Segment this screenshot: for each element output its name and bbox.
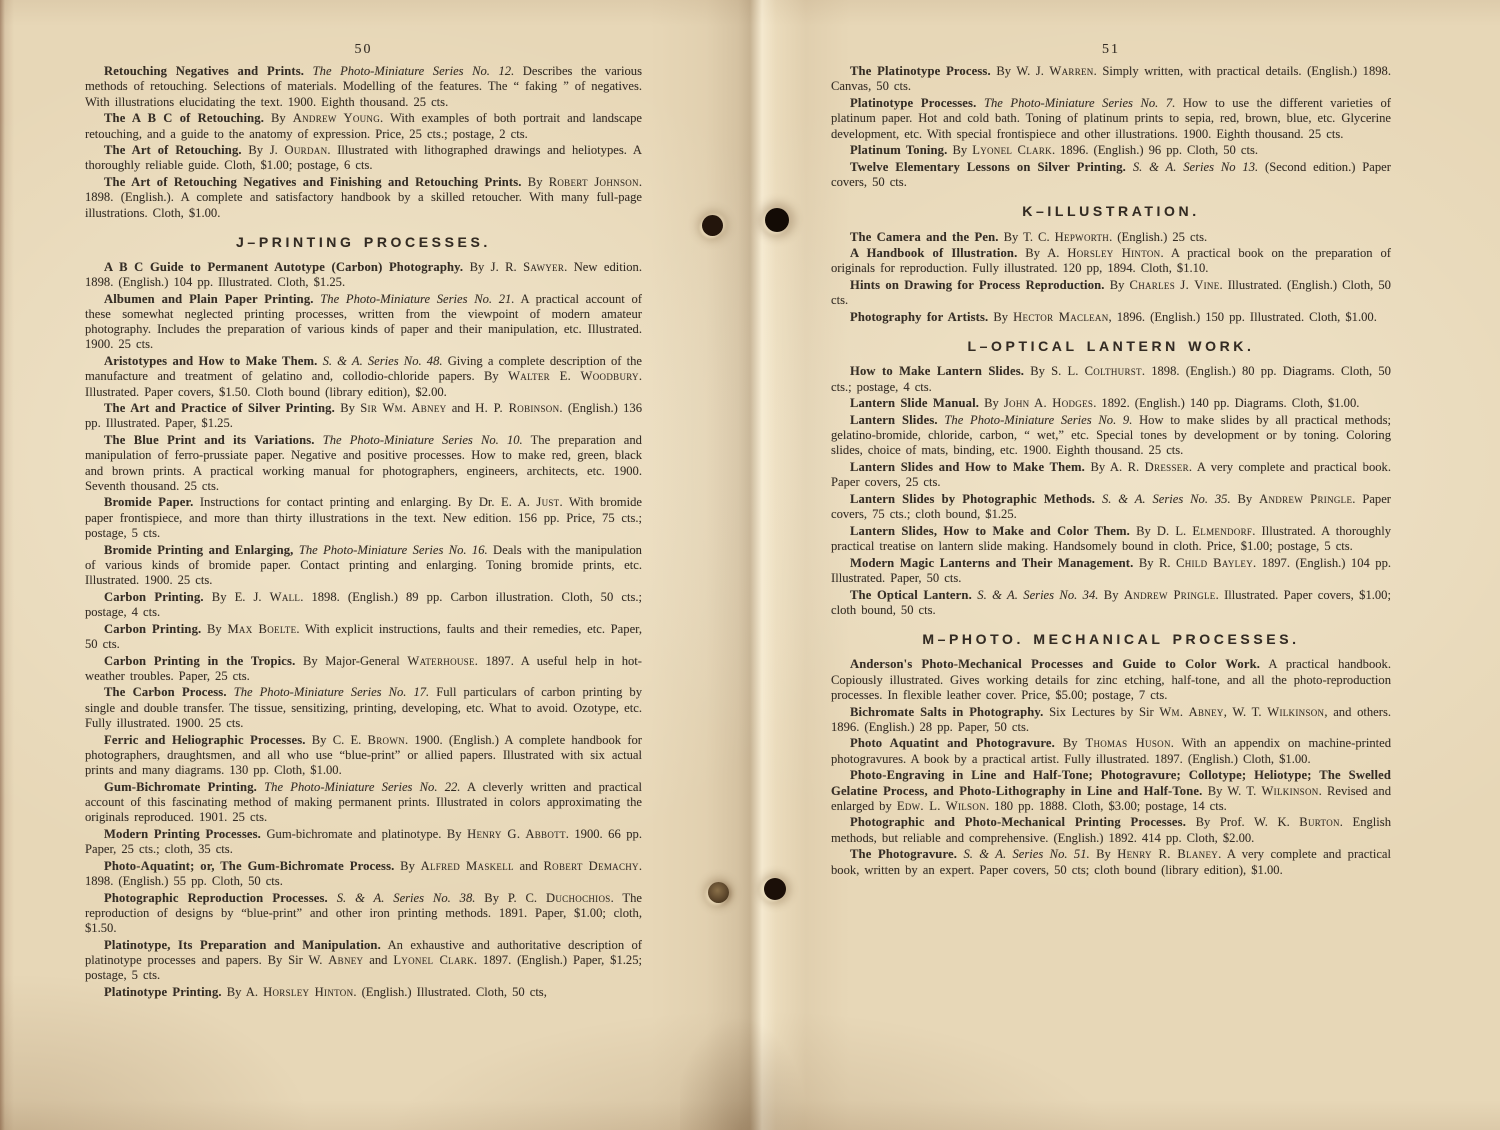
catalog-entry: Lantern Slides and How to Make Them. By …: [831, 460, 1391, 490]
entry-text: By Prof. W. K.: [1186, 815, 1299, 829]
catalog-entry: The A B C of Retouching. By Andrew Young…: [85, 111, 642, 141]
page-number: 50: [85, 42, 642, 57]
series-name: S. & A. Series No. 48.: [323, 354, 443, 368]
entry-title: Lantern Slide Manual.: [850, 396, 979, 410]
author-name: Abney: [328, 953, 363, 967]
entry-text: By A.: [1017, 246, 1067, 260]
catalog-entry: Retouching Negatives and Prints. The Pho…: [85, 64, 642, 110]
catalog-entry: The Art and Practice of Silver Printing.…: [85, 401, 642, 431]
entry-title: Twelve Elementary Lessons on Silver Prin…: [850, 160, 1126, 174]
entry-text: . (English.) Illustrated. Cloth, 50 cts,: [353, 985, 547, 999]
entry-title: The Art of Retouching Negatives and Fini…: [104, 175, 522, 189]
catalog-entry: The Art of Retouching. By J. Ourdan. Ill…: [85, 143, 642, 173]
entry-text: By: [979, 396, 1004, 410]
entry-text: By Major-General: [295, 654, 407, 668]
entry-text: [315, 433, 323, 447]
author-name: Robert Johnson: [549, 175, 639, 189]
catalog-entry: The Carbon Process. The Photo-Miniature …: [85, 685, 642, 731]
author-name: Just: [536, 495, 559, 509]
catalog-entry: Carbon Printing in the Tropics. By Major…: [85, 654, 642, 684]
author-name: Andrew Pringle: [1124, 588, 1216, 602]
author-name: Wilkinson: [1267, 705, 1324, 719]
catalog-entry: Bichromate Salts in Photography. Six Lec…: [831, 705, 1391, 735]
entry-text: . 180 pp. 1888. Cloth, $3.00; postage, 1…: [986, 799, 1227, 813]
entry-title: Photo Aquatint and Photogravure.: [850, 736, 1055, 750]
entry-text: By: [1055, 736, 1086, 750]
entry-text: and: [446, 401, 475, 415]
entry-text: By A. R.: [1085, 460, 1145, 474]
catalog-entry: Anderson's Photo-Mechanical Processes an…: [831, 657, 1391, 703]
author-name: Child Bayley: [1176, 556, 1253, 570]
entry-text: . 1896. (English.) 96 pp. Cloth, 50 cts.: [1052, 143, 1258, 157]
catalog-entry: The Photogravure. S. & A. Series No. 51.…: [831, 847, 1391, 877]
entry-title: Bromide Paper.: [104, 495, 193, 509]
author-name: Hepworth: [1055, 230, 1109, 244]
entry-text: By W. J.: [991, 64, 1050, 78]
entry-title: A B C Guide to Permanent Autotype (Carbo…: [104, 260, 463, 274]
entry-title: Platinotype Processes.: [850, 96, 976, 110]
series-name: The Photo-Miniature Series No. 21.: [320, 292, 514, 306]
catalog-entry: Albumen and Plain Paper Printing. The Ph…: [85, 292, 642, 353]
entry-title: Bichromate Salts in Photography.: [850, 705, 1043, 719]
entry-text: By J.: [242, 143, 285, 157]
catalog-entry: Platinum Toning. By Lyonel Clark. 1896. …: [831, 143, 1391, 158]
author-name: Sir Wm. Abney: [360, 401, 446, 415]
catalog-entry: Carbon Printing. By Max Boelte. With exp…: [85, 622, 642, 652]
catalog-entry: Bromide Paper. Instructions for contact …: [85, 495, 642, 541]
section-heading: M–PHOTO. MECHANICAL PROCESSES.: [831, 632, 1391, 647]
entry-title: Photography for Artists.: [850, 310, 988, 324]
punch-hole: [708, 882, 729, 903]
catalog-entry: A B C Guide to Permanent Autotype (Carbo…: [85, 260, 642, 290]
catalog-entry: Carbon Printing. By E. J. Wall. 1898. (E…: [85, 590, 642, 620]
entry-text: and: [363, 953, 393, 967]
entry-title: The Optical Lantern.: [850, 588, 972, 602]
entry-text: [227, 685, 234, 699]
series-name: S. & A. Series No 13.: [1133, 160, 1258, 174]
entry-title: Photographic and Photo-Mechanical Printi…: [850, 815, 1186, 829]
entry-text: Instructions for contact printing and en…: [193, 495, 536, 509]
author-name: Elmendorf: [1192, 524, 1252, 538]
series-name: The Photo-Miniature Series No. 12.: [313, 64, 515, 78]
author-name: Brown: [368, 733, 405, 747]
author-name: Thomas Huson: [1085, 736, 1170, 750]
entry-title: How to Make Lantern Slides.: [850, 364, 1024, 378]
catalog-entry: Aristotypes and How to Make Them. S. & A…: [85, 354, 642, 400]
catalog-entry: Modern Magic Lanterns and Their Manageme…: [831, 556, 1391, 586]
author-name: John A. Hodges: [1004, 396, 1093, 410]
entry-title: Photographic Reproduction Processes.: [104, 891, 328, 905]
entry-title: Platinum Toning.: [850, 143, 947, 157]
entry-text: By: [1105, 278, 1130, 292]
section-heading: K–ILLUSTRATION.: [831, 204, 1391, 219]
catalog-entry: Photo Aquatint and Photogravure. By Thom…: [831, 736, 1391, 766]
author-name: Edw. L. Wilson: [897, 799, 986, 813]
series-name: The Photo-Miniature Series No. 10.: [323, 433, 523, 447]
entry-text: By A.: [222, 985, 263, 999]
author-name: Colthurst: [1085, 364, 1142, 378]
entry-text: [1126, 160, 1133, 174]
page-51: 51 The Platinotype Process. By W. J. War…: [831, 42, 1391, 879]
page-50: 50 Retouching Negatives and Prints. The …: [85, 42, 642, 1001]
entry-text: [1095, 492, 1102, 506]
entry-text: By R.: [1133, 556, 1176, 570]
entry-title: The Carbon Process.: [104, 685, 227, 699]
catalog-entry: Photo-Aquatint; or, The Gum-Bichromate P…: [85, 859, 642, 889]
entry-text: By: [335, 401, 360, 415]
book-gutter-fold: [650, 0, 850, 1130]
author-name: Andrew Young: [293, 111, 380, 125]
page-number: 51: [831, 42, 1391, 57]
entry-text: By C. E.: [306, 733, 368, 747]
entry-text: By D. L.: [1130, 524, 1192, 538]
section-heading: J–PRINTING PROCESSES.: [85, 235, 642, 250]
entry-text: [976, 96, 984, 110]
author-name: Waterhouse: [407, 654, 474, 668]
catalog-entry: Lantern Slide Manual. By John A. Hodges.…: [831, 396, 1391, 411]
entry-text: By: [201, 622, 227, 636]
punch-hole: [764, 878, 786, 900]
entry-text: By E. J.: [204, 590, 270, 604]
series-name: S. & A. Series No. 35.: [1102, 492, 1231, 506]
entry-text: By: [1090, 847, 1118, 861]
entry-title: Platinotype Printing.: [104, 985, 222, 999]
entry-text: By: [522, 175, 549, 189]
entry-title: Modern Printing Processes.: [104, 827, 261, 841]
entry-text: By: [988, 310, 1013, 324]
entry-text: By P. C.: [475, 891, 546, 905]
entry-title: Anderson's Photo-Mechanical Processes an…: [850, 657, 1260, 671]
entry-title: Lantern Slides and How to Make Them.: [850, 460, 1085, 474]
entry-title: The Art of Retouching.: [104, 143, 242, 157]
entry-title: Platinotype, Its Preparation and Manipul…: [104, 938, 381, 952]
author-name: Wilkinson: [1261, 784, 1318, 798]
catalog-entry: The Art of Retouching Negatives and Fini…: [85, 175, 642, 221]
punch-hole: [702, 215, 723, 236]
author-name: Warren: [1049, 64, 1093, 78]
author-name: Andrew Pringle: [1259, 492, 1352, 506]
author-name: Ourdan: [284, 143, 327, 157]
author-name: Wm. Abney: [1159, 705, 1223, 719]
author-name: Lyonel Clark: [393, 953, 474, 967]
catalog-entry: Bromide Printing and Enlarging, The Phot…: [85, 543, 642, 589]
catalog-entry: Platinotype Processes. The Photo-Miniatu…: [831, 96, 1391, 142]
author-name: Dresser: [1145, 460, 1189, 474]
catalog-entry: Lantern Slides. The Photo-Miniature Seri…: [831, 413, 1391, 459]
catalog-entry: Hints on Drawing for Process Reproductio…: [831, 278, 1391, 308]
entry-text: , W. T.: [1224, 705, 1268, 719]
entry-text: , 1896. (English.) 150 pp. Illustrated. …: [1109, 310, 1377, 324]
entry-title: Aristotypes and How to Make Them.: [104, 354, 317, 368]
entry-title: Photo-Aquatint; or, The Gum-Bichromate P…: [104, 859, 394, 873]
catalog-entry: How to Make Lantern Slides. By S. L. Col…: [831, 364, 1391, 394]
entry-text: Gum-bichromate and platinotype. By: [261, 827, 467, 841]
author-name: Burton: [1299, 815, 1340, 829]
entry-text: [328, 891, 337, 905]
entry-text: By: [1231, 492, 1259, 506]
author-name: Max Boelte: [227, 622, 296, 636]
entry-text: By: [947, 143, 972, 157]
entry-title: The Camera and the Pen.: [850, 230, 999, 244]
entry-text: and: [514, 859, 544, 873]
entry-text: . 1892. (English.) 140 pp. Diagrams. Clo…: [1093, 396, 1359, 410]
author-name: Sawyer: [523, 260, 564, 274]
catalog-entry: Twelve Elementary Lessons on Silver Prin…: [831, 160, 1391, 190]
entry-title: Hints on Drawing for Process Reproductio…: [850, 278, 1105, 292]
page-50-content: Retouching Negatives and Prints. The Pho…: [85, 64, 642, 1000]
catalog-entry: Platinotype, Its Preparation and Manipul…: [85, 938, 642, 984]
author-name: H. P. Robinson: [475, 401, 559, 415]
catalog-entry: Lantern Slides, How to Make and Color Th…: [831, 524, 1391, 554]
catalog-entry: The Platinotype Process. By W. J. Warren…: [831, 64, 1391, 94]
series-name: S. & A. Series No. 34.: [977, 588, 1098, 602]
entry-title: The Platinotype Process.: [850, 64, 991, 78]
entry-text: By T. C.: [999, 230, 1055, 244]
catalog-entry: A Handbook of Illustration. By A. Horsle…: [831, 246, 1391, 276]
entry-title: Retouching Negatives and Prints.: [104, 64, 304, 78]
author-name: Duchochios: [546, 891, 611, 905]
author-name: Charles J. Vine: [1130, 278, 1220, 292]
punch-hole: [765, 208, 789, 232]
catalog-entry: Lantern Slides by Photographic Methods. …: [831, 492, 1391, 522]
catalog-entry: Photographic Reproduction Processes. S. …: [85, 891, 642, 937]
entry-title: Lantern Slides.: [850, 413, 938, 427]
author-name: Hector Maclean: [1013, 310, 1108, 324]
entry-text: [304, 64, 313, 78]
entry-title: Bromide Printing and Enlarging,: [104, 543, 293, 557]
series-name: S. & A. Series No. 51.: [963, 847, 1089, 861]
series-name: The Photo-Miniature Series No. 16.: [299, 543, 488, 557]
entry-title: Carbon Printing.: [104, 622, 201, 636]
entry-title: Albumen and Plain Paper Printing.: [104, 292, 314, 306]
entry-text: By: [264, 111, 293, 125]
page-51-content: The Platinotype Process. By W. J. Warren…: [831, 64, 1391, 878]
catalog-entry: Photo-Engraving in Line and Half-Tone; P…: [831, 768, 1391, 814]
entry-title: Gum-Bichromate Printing.: [104, 780, 257, 794]
series-name: The Photo-Miniature Series No. 9.: [944, 413, 1132, 427]
author-name: Henry G. Abbott: [467, 827, 566, 841]
entry-title: The Photogravure.: [850, 847, 957, 861]
entry-text: By S. L.: [1024, 364, 1085, 378]
entry-title: Modern Magic Lanterns and Their Manageme…: [850, 556, 1133, 570]
author-name: Henry R. Blaney: [1117, 847, 1218, 861]
entry-title: Lantern Slides, How to Make and Color Th…: [850, 524, 1130, 538]
catalog-entry: Platinotype Printing. By A. Horsley Hint…: [85, 985, 642, 1000]
entry-text: By: [394, 859, 420, 873]
entry-title: Lantern Slides by Photographic Methods.: [850, 492, 1095, 506]
entry-text: . (English.) 25 cts.: [1109, 230, 1207, 244]
entry-text: By W. T.: [1202, 784, 1261, 798]
author-name: Robert Demachy: [543, 859, 638, 873]
section-heading: L–OPTICAL LANTERN WORK.: [831, 339, 1391, 354]
entry-title: A Handbook of Illustration.: [850, 246, 1017, 260]
entry-title: The A B C of Retouching.: [104, 111, 264, 125]
author-name: Horsley Hinton: [1067, 246, 1160, 260]
author-name: Alfred Maskell: [421, 859, 514, 873]
entry-text: Six Lectures by Sir: [1043, 705, 1159, 719]
catalog-entry: Modern Printing Processes. Gum-bichromat…: [85, 827, 642, 857]
series-name: The Photo-Miniature Series No. 17.: [234, 685, 430, 699]
entry-title: The Blue Print and its Variations.: [104, 433, 315, 447]
author-name: Horsley Hinton: [263, 985, 353, 999]
author-name: Walter E. Woodbury: [508, 369, 639, 383]
series-name: The Photo-Miniature Series No. 22.: [264, 780, 460, 794]
entry-text: By: [1098, 588, 1123, 602]
author-name: Lyonel Clark: [972, 143, 1052, 157]
series-name: S. & A. Series No. 38.: [337, 891, 476, 905]
catalog-entry: Photographic and Photo-Mechanical Printi…: [831, 815, 1391, 845]
catalog-entry: The Camera and the Pen. By T. C. Hepwort…: [831, 230, 1391, 245]
entry-text: By J. R.: [463, 260, 523, 274]
catalog-entry: Photography for Artists. By Hector Macle…: [831, 310, 1391, 325]
author-name: Wall: [270, 590, 301, 604]
series-name: The Photo-Miniature Series No. 7.: [984, 96, 1175, 110]
entry-title: Carbon Printing.: [104, 590, 204, 604]
catalog-entry: The Optical Lantern. S. & A. Series No. …: [831, 588, 1391, 618]
entry-title: Ferric and Heliographic Processes.: [104, 733, 306, 747]
entry-title: The Art and Practice of Silver Printing.: [104, 401, 335, 415]
catalog-entry: Ferric and Heliographic Processes. By C.…: [85, 733, 642, 779]
entry-title: Carbon Printing in the Tropics.: [104, 654, 295, 668]
catalog-entry: The Blue Print and its Variations. The P…: [85, 433, 642, 494]
catalog-entry: Gum-Bichromate Printing. The Photo-Minia…: [85, 780, 642, 826]
